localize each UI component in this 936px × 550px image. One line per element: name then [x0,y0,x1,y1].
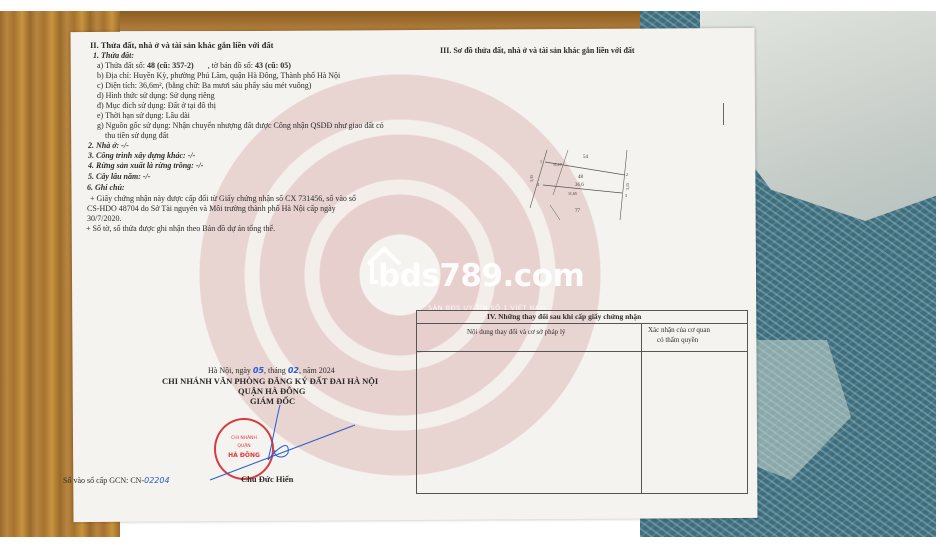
signer-name: Chu Đức Hiển [241,474,293,485]
issue-day: 05 [253,366,264,375]
col-change-content: Nội dung thay đổi và cơ sở pháp lý [467,327,565,338]
changes-table-header-row: Nội dung thay đổi và cơ sở pháp lý Xác n… [417,323,747,352]
note-2: + Số tờ, số thửa được ghi nhận theo Bản … [86,224,275,235]
section-4-title: IV. Những thay đổi sau khi cấp giấy chứn… [487,312,641,323]
corner-1: 1 [540,159,542,164]
section-3-title: III. Sơ đồ thửa đất, nhà ở và tài sản kh… [440,46,635,57]
bottom-border [0,537,936,550]
office-line-1: CHI NHÁNH VĂN PHÒNG ĐĂNG KÝ ĐẤT ĐAI HÀ N… [162,376,378,387]
table-divider [641,323,642,493]
left-length: 3,35 [529,175,535,182]
year-label: , năm 2024 [299,366,335,375]
register-number-line: Số vào sổ cấp GCN: CN-02204 [63,476,170,487]
other-construction: 3. Công trình xây dựng khác: -/- [88,151,195,162]
col-confirmation-line-2: có thẩm quyền [657,335,698,346]
parcel-number-plot: 48 [578,175,584,180]
origin-line-1: g) Nguồn gốc sử dụng: Nhận chuyển nhượng… [97,121,384,132]
issue-month: 02 [288,366,299,375]
plot-area: 36,6 [575,183,584,188]
register-label: Số vào sổ cấp GCN: CN- [63,476,144,485]
map-sheet-label: , tờ bản đồ số: [208,61,255,70]
right-length: 3,15 [625,183,631,190]
usage-form: d) Hình thức sử dụng: Sử dụng riêng [97,91,215,102]
house: 2. Nhà ở: -/- [88,141,129,152]
corner-3: 3 [625,193,627,198]
changes-table: IV. Những thay đổi sau khi cấp giấy chứn… [416,310,748,494]
forest: 4. Rừng sản xuất là rừng trồng: -/- [88,161,203,172]
perennial: 5. Cây lâu năm: -/- [88,172,150,183]
area: c) Diện tích: 36,6m², (bằng chữ: Ba mươi… [97,81,311,92]
margin-mark [723,103,724,125]
address: b) Địa chỉ: Huyền Kỳ, phường Phú Lãm, qu… [97,71,340,82]
usage-purpose: đ) Mục đích sử dụng: Đất ở tại đô thị [97,101,216,112]
notes-heading: 6. Ghi chú: [87,183,125,194]
land-plot-diagram: 54 11,17 48 36,6 11,65 77 3,35 3,15 1 2 … [525,150,645,220]
month-label: , tháng [264,366,288,375]
signature [200,405,370,485]
parcel-label: a) Thửa đất số: [97,61,147,70]
top-border [0,0,936,11]
note-1-line-1: + Giấy chứng nhận này được cấp đổi từ Gi… [90,194,356,205]
map-sheet-number: 43 (cũ: 05) [255,61,291,70]
note-1-line-3: 30/7/2020. [87,214,121,225]
register-number: 02204 [144,476,169,485]
bottom-length: 11,65 [568,191,577,197]
office-line-2: QUẬN HÀ ĐÔNG [238,386,306,397]
document-photo: II. Thửa đất, nhà ở và tài sản khác gắn … [0,0,936,550]
corner-2: 2 [626,172,628,177]
issue-date: Hà Nội, ngày 05, tháng 02, năm 2024 [208,366,335,377]
land-heading: 1. Thửa đất: [93,51,134,62]
section-2-title: II. Thửa đất, nhà ở và tài sản khác gắn … [90,40,273,51]
neighbor-bottom: 77 [575,209,581,214]
note-1-line-2: CS-HDO 48704 do Sở Tài nguyên và Môi trư… [87,204,336,215]
watermark-brand: bds789.com [378,258,584,294]
top-length: 11,17 [553,162,562,168]
col-confirmation-line-1: Xác nhận của cơ quan [648,325,710,336]
corner-4: 4 [537,182,539,187]
parcel-number: 48 (cũ: 357-2) [147,61,194,70]
usage-term: e) Thời hạn sử dụng: Lâu dài [97,111,190,122]
parcel-line: a) Thửa đất số: 48 (cũ: 357-2), tờ bản đ… [97,61,291,72]
date-prefix: Hà Nội, ngày [208,366,253,375]
neighbor-top: 54 [583,155,589,160]
origin-line-2: thu tiền sử dụng đất [105,131,168,142]
